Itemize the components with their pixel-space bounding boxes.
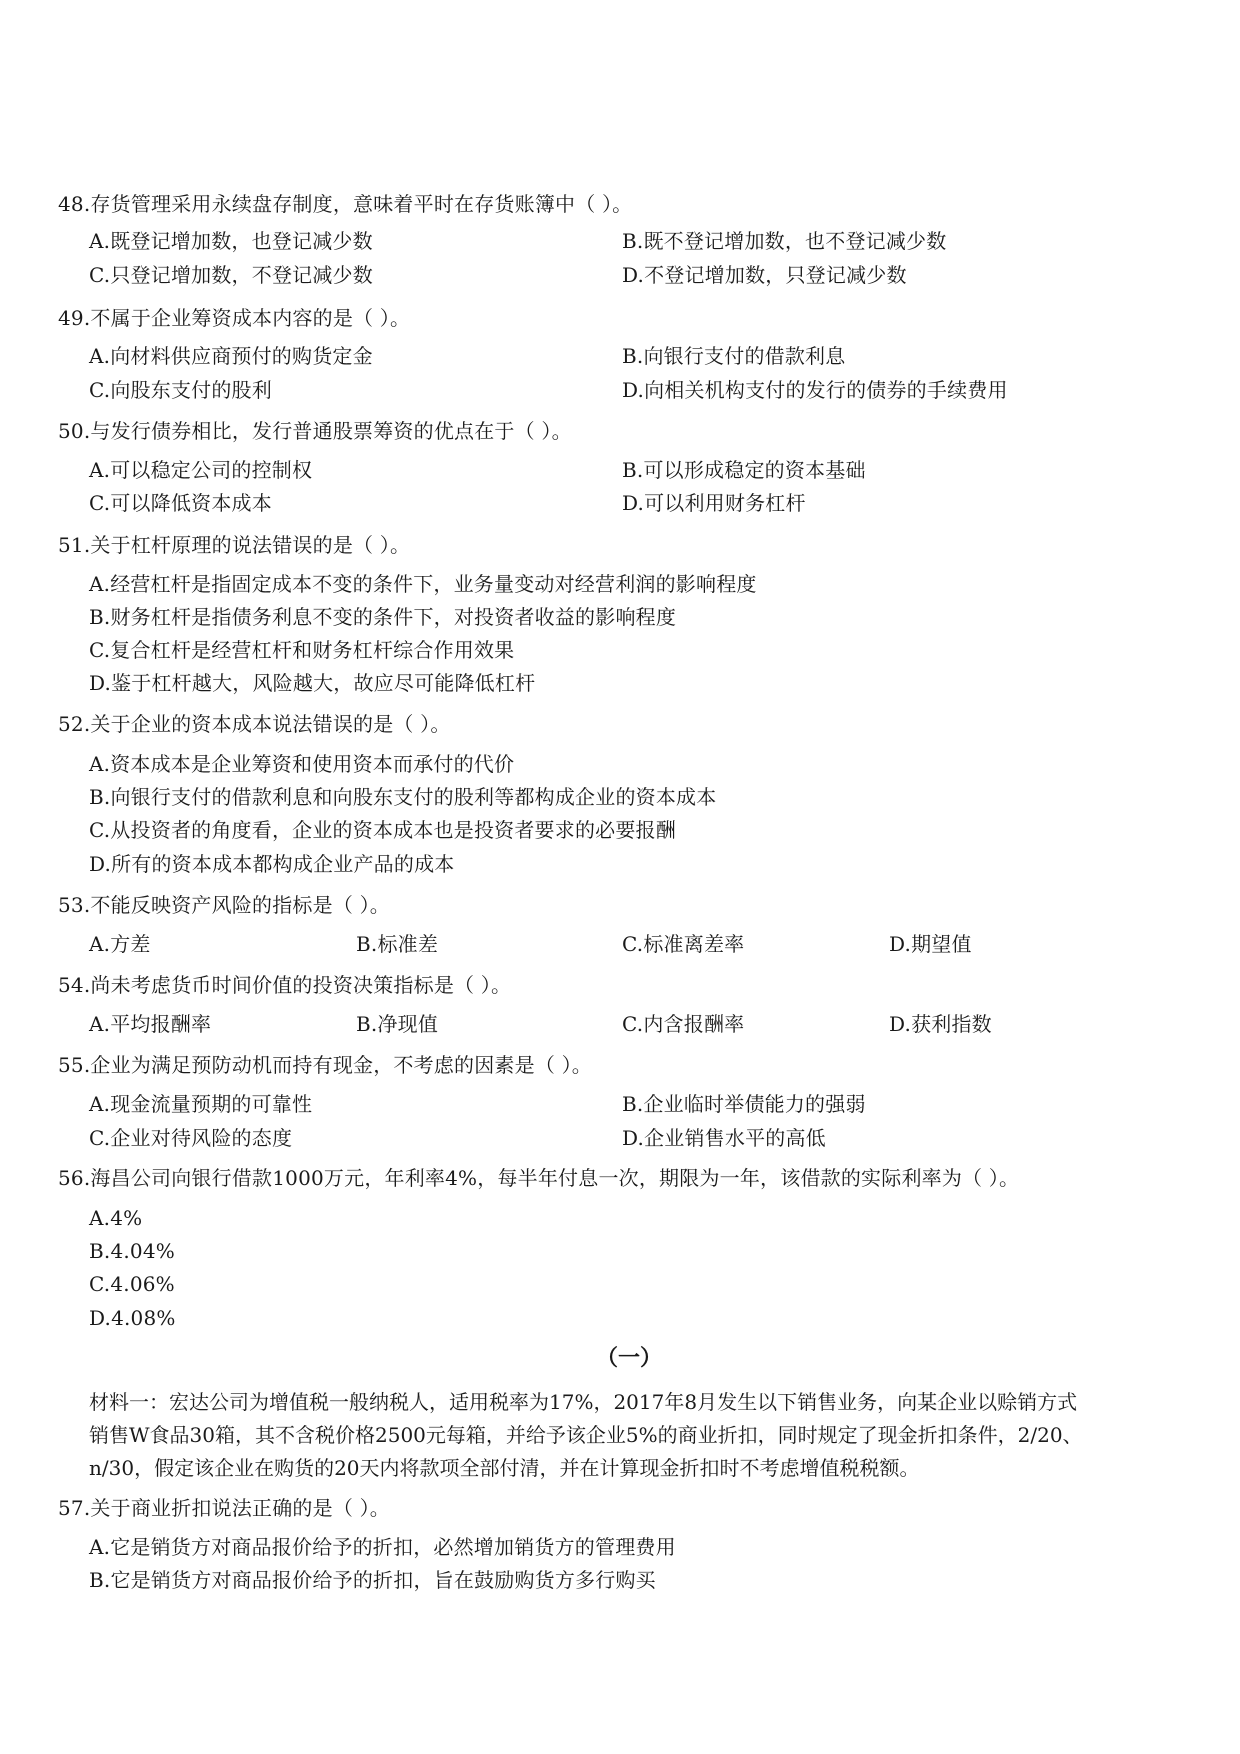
q56-option-a: A.4% xyxy=(89,1206,142,1230)
section-title: （一） xyxy=(596,1345,662,1371)
question-number: 56. xyxy=(58,1166,90,1190)
q50-option-c: C.可以降低资本成本 xyxy=(89,491,272,515)
q51-option-d: D.鉴于杠杆越大，风险越大，故应尽可能降低杠杆 xyxy=(89,671,535,695)
q52-option-b: B.向银行支付的借款利息和向股东支付的股利等都构成企业的资本成本 xyxy=(89,785,716,809)
material-line-3: n/30，假定该企业在购货的20天内将款项全部付清，并在计算现金折扣时不考虑增值… xyxy=(89,1456,1169,1480)
q53-option-d: D.期望值 xyxy=(889,932,972,956)
question-50: 50.与发行债券相比，发行普通股票筹资的优点在于（ ）。 xyxy=(58,419,572,443)
question-stem: 企业为满足预防动机而持有现金，不考虑的因素是（ ）。 xyxy=(90,1053,592,1077)
question-number: 49. xyxy=(58,306,90,330)
material-line-1: 材料一：宏达公司为增值税一般纳税人，适用税率为17%，2017年8月发生以下销售… xyxy=(89,1390,1169,1414)
question-54: 54.尚未考虑货币时间价值的投资决策指标是（ ）。 xyxy=(58,973,511,997)
q57-option-a: A.它是销货方对商品报价给予的折扣，必然增加销货方的管理费用 xyxy=(89,1535,676,1559)
question-number: 53. xyxy=(58,893,90,917)
q49-option-a: A.向材料供应商预付的购货定金 xyxy=(89,344,373,368)
q52-option-d: D.所有的资本成本都构成企业产品的成本 xyxy=(89,852,454,876)
q51-option-a: A.经营杠杆是指固定成本不变的条件下，业务量变动对经营利润的影响程度 xyxy=(89,572,757,596)
q55-option-b: B.企业临时举债能力的强弱 xyxy=(622,1092,866,1116)
q49-option-b: B.向银行支付的借款利息 xyxy=(622,344,845,368)
q50-option-b: B.可以形成稳定的资本基础 xyxy=(622,458,866,482)
question-51: 51.关于杠杆原理的说法错误的是（ ）。 xyxy=(58,533,410,557)
question-number: 51. xyxy=(58,533,90,557)
question-stem: 不属于企业筹资成本内容的是（ ）。 xyxy=(90,306,410,330)
q54-option-a: A.平均报酬率 xyxy=(89,1012,211,1036)
question-stem: 不能反映资产风险的指标是（ ）。 xyxy=(90,893,390,917)
q53-option-b: B.标准差 xyxy=(356,932,438,956)
q54-option-d: D.获利指数 xyxy=(889,1012,992,1036)
question-number: 50. xyxy=(58,419,90,443)
q51-option-c: C.复合杠杆是经营杠杆和财务杠杆综合作用效果 xyxy=(89,638,514,662)
q52-option-a: A.资本成本是企业筹资和使用资本而承付的代价 xyxy=(89,752,514,776)
question-55: 55.企业为满足预防动机而持有现金，不考虑的因素是（ ）。 xyxy=(58,1053,592,1077)
q48-option-c: C.只登记增加数，不登记减少数 xyxy=(89,263,373,287)
q55-option-d: D.企业销售水平的高低 xyxy=(622,1126,826,1150)
question-number: 54. xyxy=(58,973,90,997)
question-number: 52. xyxy=(58,712,90,736)
question-53: 53.不能反映资产风险的指标是（ ）。 xyxy=(58,893,390,917)
q51-option-b: B.财务杠杆是指债务利息不变的条件下，对投资者收益的影响程度 xyxy=(89,605,676,629)
exam-page: 48.存货管理采用永续盘存制度，意味着平时在存货账簿中（ ）。 A.既登记增加数… xyxy=(0,0,1240,1754)
question-56: 56.海昌公司向银行借款1000万元，年利率4%，每半年付息一次，期限为一年，该… xyxy=(58,1166,1019,1190)
question-number: 48. xyxy=(58,192,90,216)
question-52: 52.关于企业的资本成本说法错误的是（ ）。 xyxy=(58,712,451,736)
q54-option-b: B.净现值 xyxy=(356,1012,438,1036)
material-line-2: 销售W食品30箱，其不含税价格2500元每箱，并给予该企业5%的商业折扣，同时规… xyxy=(89,1423,1169,1447)
q52-option-c: C.从投资者的角度看，企业的资本成本也是投资者要求的必要报酬 xyxy=(89,818,676,842)
q56-option-c: C.4.06% xyxy=(89,1272,175,1296)
question-stem: 关于商业折扣说法正确的是（ ）。 xyxy=(90,1496,390,1520)
question-57: 57.关于商业折扣说法正确的是（ ）。 xyxy=(58,1496,390,1520)
q55-option-c: C.企业对待风险的态度 xyxy=(89,1126,292,1150)
q56-option-b: B.4.04% xyxy=(89,1239,175,1263)
q50-option-a: A.可以稳定公司的控制权 xyxy=(89,458,312,482)
q54-option-c: C.内含报酬率 xyxy=(622,1012,744,1036)
question-stem: 存货管理采用永续盘存制度，意味着平时在存货账簿中（ ）。 xyxy=(90,192,632,216)
question-stem: 关于企业的资本成本说法错误的是（ ）。 xyxy=(90,712,450,736)
question-number: 57. xyxy=(58,1496,90,1520)
question-number: 55. xyxy=(58,1053,90,1077)
q55-option-a: A.现金流量预期的可靠性 xyxy=(89,1092,312,1116)
q53-option-c: C.标准离差率 xyxy=(622,932,744,956)
q56-option-d: D.4.08% xyxy=(89,1306,176,1330)
q53-option-a: A.方差 xyxy=(89,932,151,956)
q50-option-d: D.可以利用财务杠杆 xyxy=(622,491,806,515)
question-stem: 关于杠杆原理的说法错误的是（ ）。 xyxy=(90,533,410,557)
q49-option-c: C.向股东支付的股利 xyxy=(89,378,272,402)
q48-option-a: A.既登记增加数，也登记减少数 xyxy=(89,229,373,253)
q48-option-b: B.既不登记增加数，也不登记减少数 xyxy=(622,229,946,253)
q48-option-d: D.不登记增加数，只登记减少数 xyxy=(622,263,907,287)
question-stem: 尚未考虑货币时间价值的投资决策指标是（ ）。 xyxy=(90,973,511,997)
question-stem: 海昌公司向银行借款1000万元，年利率4%，每半年付息一次，期限为一年，该借款的… xyxy=(90,1166,1019,1190)
q49-option-d: D.向相关机构支付的发行的债券的手续费用 xyxy=(622,378,1008,402)
question-stem: 与发行债券相比，发行普通股票筹资的优点在于（ ）。 xyxy=(90,419,571,443)
question-49: 49.不属于企业筹资成本内容的是（ ）。 xyxy=(58,306,410,330)
question-48: 48.存货管理采用永续盘存制度，意味着平时在存货账簿中（ ）。 xyxy=(58,192,632,216)
q57-option-b: B.它是销货方对商品报价给予的折扣，旨在鼓励购货方多行购买 xyxy=(89,1568,656,1592)
